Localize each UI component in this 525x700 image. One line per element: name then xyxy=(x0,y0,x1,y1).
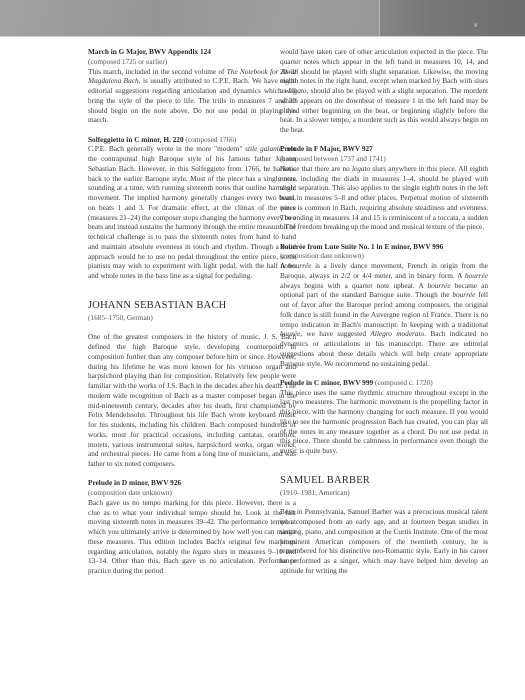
entry-title: Prelude in D minor, BWV 926 xyxy=(88,478,296,488)
entry-heading: Prelude in C minor, BWV 999 (composed c.… xyxy=(280,378,488,388)
composer-dates: (1685–1750, German) xyxy=(88,313,296,323)
entry-march-g-major: March in G Major, BWV Appendix 124 (comp… xyxy=(88,47,296,125)
body-text: slurs anywhere in this piece. All eighth… xyxy=(280,164,488,232)
entry-body: A bourrée is a lively dance movement, Fr… xyxy=(280,261,488,368)
italic-text: bourrée xyxy=(465,271,488,280)
left-column: March in G Major, BWV Appendix 124 (comp… xyxy=(88,47,296,585)
italic-text: Allegro moderato xyxy=(370,329,424,338)
body-text: is a lively dance movement, French in or… xyxy=(280,261,488,280)
italic-text: bourée xyxy=(280,329,300,338)
entry-subtitle: (composition date unknown) xyxy=(280,251,488,261)
entry-bourree: Bourrée from Lute Suite No. 1 in E minor… xyxy=(280,242,488,369)
composer-name: JOHANN SEBASTIAN BACH xyxy=(88,300,296,312)
entry-body: Bach gave us no tempo marking for this p… xyxy=(88,498,296,576)
composer-section-bach: JOHANN SEBASTIAN BACH (1685–1750, German… xyxy=(88,300,296,469)
composer-section-barber: SAMUEL BARBER (1910–1981, American) Born… xyxy=(280,475,488,576)
entry-body: This march, included in the second volum… xyxy=(88,67,296,126)
entry-prelude-c-minor: Prelude in C minor, BWV 999 (composed c.… xyxy=(280,378,488,456)
entry-body: Notice that there are no legato slurs an… xyxy=(280,164,488,232)
entry-body: This piece uses the same rhythmic struct… xyxy=(280,388,488,456)
italic-text: stile galante xyxy=(245,144,282,153)
body-text: C.P.E. Bach generally wrote in the more … xyxy=(88,144,245,153)
body-text: , we have suggested xyxy=(300,329,370,338)
header-right-panel xyxy=(379,0,525,36)
entry-subtitle: (composition date unknown) xyxy=(88,488,296,498)
entry-body: would have taken care of other articulat… xyxy=(280,47,488,135)
page-header-banner: v xyxy=(0,0,525,37)
body-text: always begins with a quarter note upbeat… xyxy=(280,281,427,290)
composer-dates: (1910–1981, American) xyxy=(280,488,488,498)
entry-title: Prelude in F Major, BWV 927 xyxy=(280,144,488,154)
body-text: , should also be played with a slight se… xyxy=(280,86,488,134)
entry-prelude-f-major: Prelude in F Major, BWV 927 (composed be… xyxy=(280,144,488,232)
entry-title: Prelude in C minor, BWV 999 xyxy=(280,378,373,387)
entry-subtitle: (composed 1766) xyxy=(184,135,237,144)
body-text: Notice that there are no xyxy=(280,164,352,173)
italic-text: legato xyxy=(193,547,211,556)
entry-title: March in G Major, BWV Appendix 124 xyxy=(88,47,296,57)
italic-text: legato xyxy=(288,86,306,95)
italic-text: bourrée xyxy=(288,261,311,270)
entry-subtitle: (composed 1725 or earlier) xyxy=(88,57,296,67)
entry-title: Solfeggietto in C minor, H. 220 xyxy=(88,135,184,144)
italic-text: bourrée xyxy=(427,281,450,290)
entry-heading: Solfeggietto in C minor, H. 220 (compose… xyxy=(88,135,296,145)
body-text: This march, included in the second volum… xyxy=(88,67,227,76)
italic-text: legato xyxy=(352,164,370,173)
entry-title: Bourrée from Lute Suite No. 1 in E minor… xyxy=(280,242,488,252)
body-text: , not the contrapuntal high Baroque styl… xyxy=(88,144,296,280)
entry-continuation: would have taken care of other articulat… xyxy=(280,47,488,135)
composer-bio: Born in Pennsylvania, Samuel Barber was … xyxy=(280,507,488,575)
entry-solfeggietto: Solfeggietto in C minor, H. 220 (compose… xyxy=(88,135,296,281)
entry-prelude-d-minor: Prelude in D minor, BWV 926 (composition… xyxy=(88,478,296,576)
entry-subtitle: (composed between 1737 and 1741) xyxy=(280,154,488,164)
entry-body: C.P.E. Bach generally wrote in the more … xyxy=(88,144,296,281)
italic-text: bourrée xyxy=(452,290,475,299)
composer-name: SAMUEL BARBER xyxy=(280,475,488,487)
composer-bio: One of the greatest composers in the his… xyxy=(88,332,296,469)
right-column: would have taken care of other articulat… xyxy=(280,47,488,585)
entry-subtitle: (composed c. 1720) xyxy=(373,378,433,387)
page-number: v xyxy=(474,21,478,29)
